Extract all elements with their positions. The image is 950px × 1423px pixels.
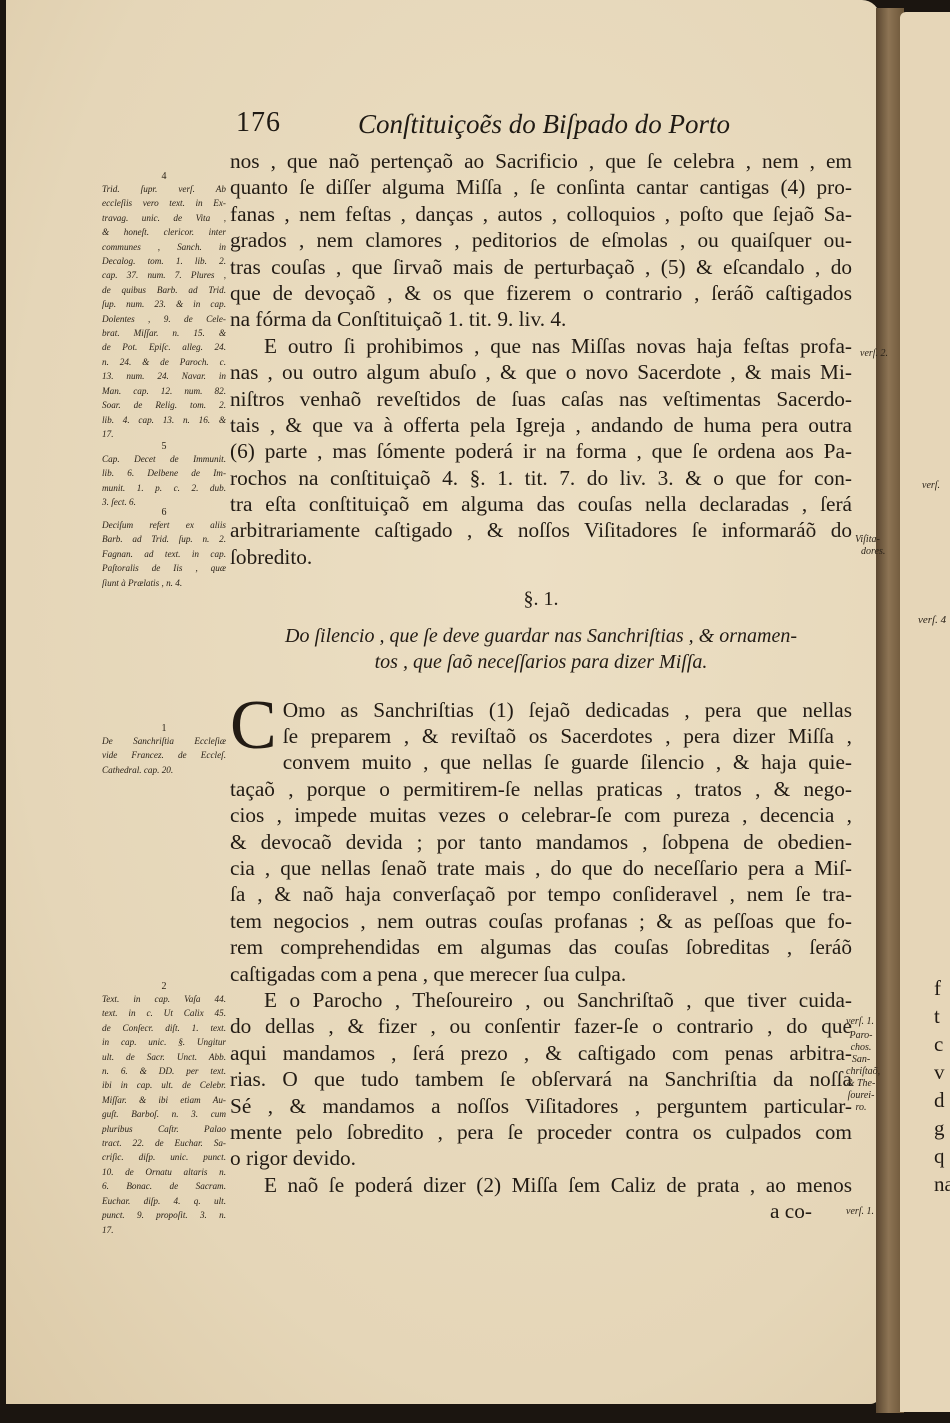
margin-note-line: Paro- xyxy=(846,1030,876,1042)
footnote-line: ult. de Sacr. Unct. Abb. xyxy=(102,1050,226,1064)
footnote-1: 1 De Sanchriſtia Eccleſiæ vide Francez. … xyxy=(102,724,226,777)
text-line: E o Parocho , Theſoureiro , ou Sanchriſt… xyxy=(230,987,852,1013)
text-line: arbitrariamente caſtigado , & noſſos Viſ… xyxy=(230,517,852,543)
footnote-line: 17. xyxy=(102,1223,226,1237)
text-line: o rigor devido. xyxy=(230,1145,852,1171)
footnote-number: 5 xyxy=(102,442,226,452)
footnote-line: 6. Bonac. de Sacram. xyxy=(102,1179,226,1193)
paragraph-4: E o Parocho , Theſoureiro , ou Sanchriſt… xyxy=(230,987,852,1172)
text-line: rochos na conſtituiçaõ 4. §. 1. tit. 7. … xyxy=(230,465,852,491)
footnote-number: 1 xyxy=(102,724,226,734)
footnote-5: 5 Cap. Decet de Immunit. lib. 6. Delbene… xyxy=(102,442,226,510)
text-line: Sé , & mandamos a noſſos Viſitadores , p… xyxy=(230,1093,852,1119)
book-page-right-edge xyxy=(900,12,950,1412)
footnote-line: & honeſt. clericor. inter xyxy=(102,225,226,239)
footnote-line: 17. xyxy=(102,427,226,441)
text-line: rias. O que tudo tambem ſe obſervará na … xyxy=(230,1066,852,1092)
drop-cap: C xyxy=(230,697,277,755)
paragraph-5: E naõ ſe poderá dizer (2) Miſſa ſem Cali… xyxy=(230,1172,852,1225)
next-page-margin-note: verſ. 4 xyxy=(918,614,946,626)
page-number: 176 xyxy=(236,107,281,139)
footnote-line: munit. 1. p. c. 2. dub. xyxy=(102,481,226,495)
paragraph-3: C Omo as Sanchriſtias (1) ſejaõ dedicada… xyxy=(230,697,852,987)
margin-note-vers1b: verſ. 1. xyxy=(846,1206,874,1218)
margin-note-vers2: verſ. 2. xyxy=(860,348,888,360)
main-text: nos , que naõ pertençaõ ao Sacrificio , … xyxy=(230,148,852,1224)
footnote-line: lib. 4. cap. 13. n. 16. & xyxy=(102,413,226,427)
text-line: cios , impede muitas vezes o celebrar-ſe… xyxy=(230,802,852,828)
footnote-line: travag. unic. de Vita , xyxy=(102,211,226,225)
section-mark: §. 1. xyxy=(230,586,852,612)
footnote-line: Trid. ſupr. verſ. Ab xyxy=(102,182,226,196)
section-title-line: Do ſilencio , que ſe deve guardar nas Sa… xyxy=(230,623,852,649)
footnote-line: Man. cap. 12. num. 82. xyxy=(102,384,226,398)
footnote-line: brat. Miſſar. n. 15. & xyxy=(102,326,226,340)
text-line: & devocaõ devida ; por tanto mandamos , … xyxy=(230,829,852,855)
text-line: aqui mandamos , ſerá prezo , & caſtigado… xyxy=(230,1040,852,1066)
margin-note-line: ſourei- xyxy=(846,1090,876,1102)
text-line: tais , & que va à offerta pela Igreja , … xyxy=(230,412,852,438)
footnote-number: 6 xyxy=(102,508,226,518)
text-line: tem negocios , nem outras couſas profana… xyxy=(230,908,852,934)
margin-note-vers1a: verſ. 1. xyxy=(846,1016,874,1028)
margin-note-line: chriſtaõ, xyxy=(846,1066,876,1078)
text-line: grados , nem clamores , peditorios de eſ… xyxy=(230,227,852,253)
next-page-letter: q xyxy=(934,1143,945,1169)
footnote-line: Euchar. diſp. 4. q. ult. xyxy=(102,1194,226,1208)
footnote-4: 4 Trid. ſupr. verſ. Ab eccleſiis vero te… xyxy=(102,172,226,441)
footnote-line: guſt. Barboſ. n. 3. cum xyxy=(102,1107,226,1121)
text-line: quanto ſe diſſer alguma Miſſa , ſe conſi… xyxy=(230,174,852,200)
running-title: Conſtituiçoẽs do Biſpado do Porto xyxy=(358,109,730,140)
text-line: taçaõ , porque o permitirem-ſe nellas pr… xyxy=(230,776,852,802)
margin-note-line: dores. xyxy=(855,546,885,558)
text-line: fanas , nem feſtas , danças , autos , co… xyxy=(230,201,852,227)
text-line: ſe preparem , & reviſtaõ os Sacerdotes ,… xyxy=(230,723,852,749)
text-line: mente pelo ſobredito , pera ſe proceder … xyxy=(230,1119,852,1145)
next-page-letter: d xyxy=(934,1087,945,1113)
text-line: rem comprehendidas em algumas das couſas… xyxy=(230,934,852,960)
footnote-line: cap. 37. num. 7. Plures , xyxy=(102,268,226,282)
text-line: do dellas , & fizer , ou conſentir fazer… xyxy=(230,1013,852,1039)
paragraph-1: nos , que naõ pertençaõ ao Sacrificio , … xyxy=(230,148,852,333)
text-line: E outro ſi prohibimos , que nas Miſſas n… xyxy=(230,333,852,359)
footnote-line: n. 6. & DD. per text. xyxy=(102,1064,226,1078)
footnote-number: 2 xyxy=(102,982,226,992)
footnote-line: Decalog. tom. 1. lib. 2. xyxy=(102,254,226,268)
footnote-line: text. in c. Ut Calix 45. xyxy=(102,1006,226,1020)
footnote-line: Cathedral. cap. 20. xyxy=(102,763,226,777)
section-title-line: tos , que ſaõ neceſſarios para dizer Miſ… xyxy=(230,649,852,675)
text-line: convem muito , que nellas ſe guarde ſile… xyxy=(230,749,852,775)
footnote-line: 13. num. 24. Navar. in xyxy=(102,369,226,383)
text-line: Omo as Sanchriſtias (1) ſejaõ dedicadas … xyxy=(230,697,852,723)
footnote-line: lib. 6. Delbene de Im- xyxy=(102,466,226,480)
footnote-line: Soar. de Relig. tom. 2. xyxy=(102,398,226,412)
next-page-letter: g xyxy=(934,1115,945,1141)
margin-note-parochos: Paro- chos. San- chriſtaõ, & The- ſourei… xyxy=(846,1030,876,1114)
next-page-letter: v xyxy=(934,1059,945,1085)
footnote-line: vide Francez. de Eccleſ. xyxy=(102,748,226,762)
footnote-line: Paſtoralis de Iis , quæ xyxy=(102,561,226,575)
margin-note-visitadores: Viſita- dores. xyxy=(855,534,885,558)
footnote-line: eccleſiis vero text. in Ex- xyxy=(102,196,226,210)
paragraph-2: E outro ſi prohibimos , que nas Miſſas n… xyxy=(230,333,852,571)
footnote-line: communes , Sanch. in xyxy=(102,240,226,254)
next-page-letter: f xyxy=(934,975,941,1001)
footnote-line: de Pot. Epiſc. alleg. 24. xyxy=(102,340,226,354)
footnote-line: ſiunt à Prælatis , n. 4. xyxy=(102,576,226,590)
next-page-letter: c xyxy=(934,1031,943,1057)
footnote-line: Barb. ad Trid. ſup. n. 2. xyxy=(102,532,226,546)
text-line: cia , que nellas ſenaõ trate mais , do q… xyxy=(230,855,852,881)
margin-note-line: chos. xyxy=(846,1042,876,1054)
margin-note-line: & The- xyxy=(846,1078,876,1090)
footnote-line: De Sanchriſtia Eccleſiæ xyxy=(102,734,226,748)
footnote-2: 2 Text. in cap. Vaſa 44. text. in c. Ut … xyxy=(102,982,226,1237)
footnote-number: 4 xyxy=(102,172,226,182)
catchword: a co- xyxy=(230,1198,852,1224)
footnote-line: pluribus Caſtr. Palao xyxy=(102,1122,226,1136)
footnote-line: tract. 22. de Euchar. Sa- xyxy=(102,1136,226,1150)
text-line: que de devoçaõ , & os que fizerem o cont… xyxy=(230,280,852,306)
footnote-line: Dolentes , 9. de Cele- xyxy=(102,312,226,326)
text-line: ſa , & naõ haja converſaçaõ por tempo co… xyxy=(230,881,852,907)
text-line: niſtros venhaõ reveſtidos de ſuas caſas … xyxy=(230,386,852,412)
margin-note-line: Viſita- xyxy=(855,534,885,546)
footnote-line: in cap. unic. §. Ungitur xyxy=(102,1035,226,1049)
next-page-margin-note: verſ. xyxy=(922,480,940,492)
footnote-line: 10. de Ornatu altaris n. xyxy=(102,1165,226,1179)
footnote-line: punct. 9. propoſit. 3. n. xyxy=(102,1208,226,1222)
footnote-line: de Conſecr. diſt. 1. text. xyxy=(102,1021,226,1035)
text-line: ſobredito. xyxy=(230,544,852,570)
page-header: 176 Conſtituiçoẽs do Biſpado do Porto xyxy=(236,107,836,143)
footnote-line: ſup. num. 23. & in cap. xyxy=(102,297,226,311)
footnote-line: criſic. diſp. unic. punct. xyxy=(102,1150,226,1164)
footnote-line: de quibus Barb. ad Trid. xyxy=(102,283,226,297)
text-line: tra eſta conſtituiçaõ em alguma das couſ… xyxy=(230,491,852,517)
text-line: E naõ ſe poderá dizer (2) Miſſa ſem Cali… xyxy=(230,1172,852,1198)
next-page-letter: t xyxy=(934,1003,940,1029)
text-line: tras couſas , que ſirvaõ mais de perturb… xyxy=(230,254,852,280)
margin-note-line: San- xyxy=(846,1054,876,1066)
margin-note-line: ro. xyxy=(846,1102,876,1114)
footnote-line: Deciſum refert ex aliis xyxy=(102,518,226,532)
text-line: caſtigadas com a pena , que merecer ſua … xyxy=(230,961,852,987)
footnote-line: Cap. Decet de Immunit. xyxy=(102,452,226,466)
text-line: nas , ou outro algum abuſo , & que o nov… xyxy=(230,359,852,385)
footnote-line: ibi in cap. ult. de Celebr. xyxy=(102,1078,226,1092)
footnote-line: Text. in cap. Vaſa 44. xyxy=(102,992,226,1006)
text-line: na fórma da Conſtituiçaõ 1. tit. 9. liv.… xyxy=(230,306,852,332)
next-page-letter: na xyxy=(934,1171,950,1197)
text-line: (6) parte , mas ſómente poderá ir na for… xyxy=(230,438,852,464)
footnote-line: Miſſar. & ibi etiam Au- xyxy=(102,1093,226,1107)
footnote-line: n. 24. & de Paroch. c. xyxy=(102,355,226,369)
text-line: nos , que naõ pertençaõ ao Sacrificio , … xyxy=(230,148,852,174)
footnote-6: 6 Deciſum refert ex aliis Barb. ad Trid.… xyxy=(102,508,226,590)
footnote-line: Fagnan. ad text. in cap. xyxy=(102,547,226,561)
